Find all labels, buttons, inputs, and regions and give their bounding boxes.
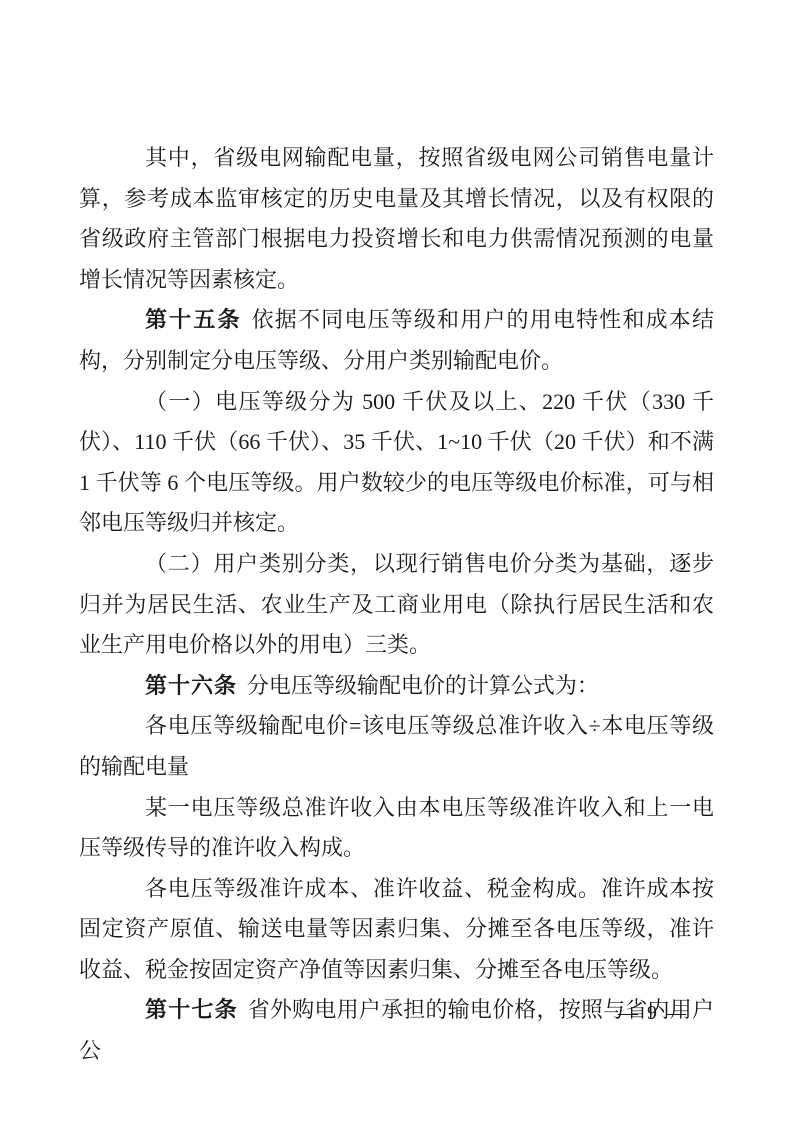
paragraph-text: 其中，省级电网输配电量，按照省级电网公司销售电量计算，参考成本监审核定的历史电量… [79,145,714,292]
document-page: 其中，省级电网输配电量，按照省级电网公司销售电量计算，参考成本监审核定的历史电量… [0,0,794,1123]
paragraph: 各电压等级输配电价=该电压等级总准许收入÷本电压等级的输配电量 [79,706,714,787]
paragraph: 某一电压等级总准许收入由本电压等级准许收入和上一电压等级传导的准许收入构成。 [79,788,714,869]
article-number: 第十五条 [145,307,242,332]
page-number: — 9 — [618,1002,688,1025]
paragraph: 第十六条分电压等级输配电价的计算公式为： [79,666,714,707]
paragraph: 其中，省级电网输配电量，按照省级电网公司销售电量计算，参考成本监审核定的历史电量… [79,138,714,300]
paragraph: 第十五条依据不同电压等级和用户的用电特性和成本结构，分别制定分电压等级、分用户类… [79,300,714,381]
document-body: 其中，省级电网输配电量，按照省级电网公司销售电量计算，参考成本监审核定的历史电量… [79,138,714,1072]
paragraph-text: （二）用户类别分类，以现行销售电价分类为基础，逐步归并为居民生活、农业生产及工商… [79,551,714,657]
paragraph-text: 分电压等级输配电价的计算公式为： [247,673,599,698]
article-number: 第十七条 [145,997,238,1022]
paragraph-text: 某一电压等级总准许收入由本电压等级准许收入和上一电压等级传导的准许收入构成。 [79,795,714,861]
paragraph-text: （一）电压等级分为 500 千伏及以上、220 千伏（330 千伏）、110 千… [79,389,714,536]
paragraph: （二）用户类别分类，以现行销售电价分类为基础，逐步归并为居民生活、农业生产及工商… [79,544,714,666]
article-number: 第十六条 [145,673,237,698]
paragraph-text: 各电压等级输配电价=该电压等级总准许收入÷本电压等级的输配电量 [79,713,714,779]
paragraph-text: 各电压等级准许成本、准许收益、税金构成。准许成本按固定资产原值、输送电量等因素归… [79,876,714,982]
paragraph: 各电压等级准许成本、准许收益、税金构成。准许成本按固定资产原值、输送电量等因素归… [79,869,714,991]
paragraph: （一）电压等级分为 500 千伏及以上、220 千伏（330 千伏）、110 千… [79,382,714,544]
